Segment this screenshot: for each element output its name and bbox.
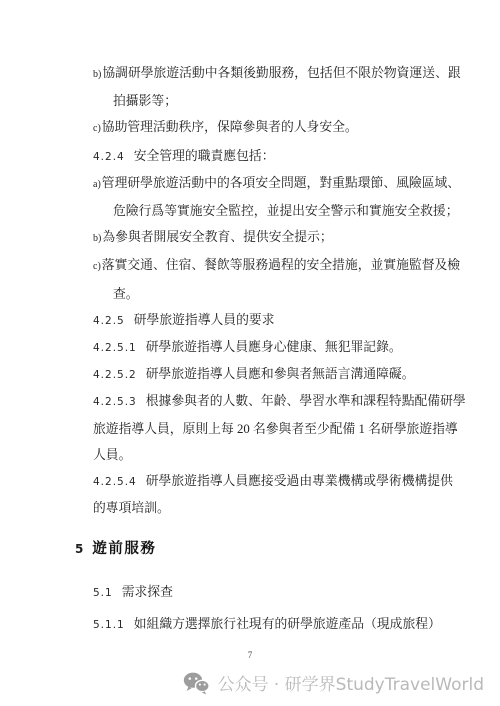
list-item-text: 查。 [0, 281, 500, 307]
clause-line: 4.2.5研學旅遊指導人員的要求 [0, 307, 500, 334]
clause-text: 研學旅遊指導人員應身心健康、無犯罪記錄。 [146, 340, 402, 354]
list-item-text: 落實交通、住宿、餐飲等服務過程的安全措施，並實施監督及檢 [102, 258, 460, 272]
clause-number: 4.2.5.1 [93, 342, 137, 354]
clause: 4.2.5.4研學旅遊指導人員應接受過由專業機構或學術機構提供 的專項培訓。 [0, 468, 500, 521]
clause-number: 4.2.5.4 [93, 476, 137, 488]
clause-text: 旅遊指導人員，原則上每 20 名參與者至少配備 1 名研學旅遊指導 [0, 416, 500, 442]
section-number: 5 [75, 542, 83, 556]
clause-number: 4.2.5.3 [93, 396, 137, 408]
section-title: 遊前服務 [92, 541, 156, 557]
clause-text: 根據參與者的人數、年齡、學習水準和課程特點配備研學 [146, 394, 466, 408]
clause-line: 4.2.5.4研學旅遊指導人員應接受過由專業機構或學術機構提供 [0, 468, 500, 495]
list-item-line: c)協助管理活動秩序，保障參與者的人身安全。 [0, 114, 500, 142]
clause-number: 4.2.5.2 [93, 369, 137, 381]
clause-text: 研學旅遊指導人員應和參與者無語言溝通障礙。 [146, 367, 415, 381]
clause-text: 如組織方選擇旅行社現有的研學旅遊產品（現成旅程） [134, 617, 441, 631]
list-item: c)落實交通、住宿、餐飲等服務過程的安全措施，並實施監督及檢 查。 [0, 252, 500, 306]
list-item-text: 拍攝影等； [0, 88, 500, 114]
list-item-text: 管理研學旅遊活動中的各項安全問題，對重點環節、風險區域、 [102, 176, 460, 190]
list-item-text: 協助管理活動秩序，保障參與者的人身安全。 [102, 120, 358, 134]
clause-line: 5.1.1如組織方選擇旅行社現有的研學旅遊產品（現成旅程） [0, 611, 500, 638]
clause: 4.2.5.2研學旅遊指導人員應和參與者無語言溝通障礙。 [0, 361, 500, 388]
document-body: b)協調研學旅遊活動中各類後勤服務，包括但不限於物資運送、跟 拍攝影等； c)協… [0, 60, 500, 638]
clause: 4.2.5.1研學旅遊指導人員應身心健康、無犯罪記錄。 [0, 334, 500, 361]
list-item-line: b)為參與者開展安全教育、提供安全提示； [0, 224, 500, 252]
clause-line: 5.1需求探查 [0, 579, 500, 606]
clause: 4.2.5研學旅遊指導人員的要求 [0, 307, 500, 334]
section-heading: 5遊前服務 [0, 534, 500, 564]
list-item-label: b) [93, 233, 101, 244]
clause: 4.2.4安全管理的職責應包括： [0, 143, 500, 170]
list-item-text: 協調研學旅遊活動中各類後勤服務，包括但不限於物資運送、跟 [102, 66, 460, 80]
clause-number: 5.1.1 [93, 619, 125, 631]
wechat-watermark: 公众号 · 研学界StudyTravelWorld [183, 669, 484, 696]
clause-text: 安全管理的職責應包括： [134, 149, 275, 163]
watermark-text: 公众号 · 研学界StudyTravelWorld [217, 670, 484, 695]
list-item-text: 為參與者開展安全教育、提供安全提示； [102, 230, 332, 244]
clause-text: 人員。 [0, 442, 500, 468]
clause-line: 4.2.4安全管理的職責應包括： [0, 143, 500, 170]
list-item-line: b)協調研學旅遊活動中各類後勤服務，包括但不限於物資運送、跟 [0, 60, 500, 88]
clause-number: 5.1 [93, 587, 113, 599]
list-item: c)協助管理活動秩序，保障參與者的人身安全。 [0, 114, 500, 142]
list-item-label: c) [93, 261, 101, 272]
list-item: b)為參與者開展安全教育、提供安全提示； [0, 224, 500, 252]
list-item: a)管理研學旅遊活動中的各項安全問題，對重點環節、風險區域、 危險行爲等實施安全… [0, 170, 500, 224]
list-item-line: a)管理研學旅遊活動中的各項安全問題，對重點環節、風險區域、 [0, 170, 500, 198]
clause-line: 4.2.5.3根據參與者的人數、年齡、學習水準和課程特點配備研學 [0, 388, 500, 415]
clause: 4.2.5.3根據參與者的人數、年齡、學習水準和課程特點配備研學 旅遊指導人員，… [0, 388, 500, 468]
clause-line: 4.2.5.1研學旅遊指導人員應身心健康、無犯罪記錄。 [0, 334, 500, 361]
clause-text: 研學旅遊指導人員的要求 [134, 313, 275, 327]
list-item-text: 危險行爲等實施安全監控，並提出安全警示和實施安全救援； [0, 198, 500, 224]
list-item-label: b) [93, 69, 101, 80]
page-number: 7 [0, 650, 500, 660]
clause-text: 的專項培訓。 [0, 495, 500, 521]
clause-text: 需求探查 [122, 585, 173, 599]
list-item: b)協調研學旅遊活動中各類後勤服務，包括但不限於物資運送、跟 拍攝影等； [0, 60, 500, 114]
clause-text: 研學旅遊指導人員應接受過由專業機構或學術機構提供 [146, 474, 453, 488]
clause-number: 4.2.5 [93, 315, 125, 327]
document-page: b)協調研學旅遊活動中各類後勤服務，包括但不限於物資運送、跟 拍攝影等； c)協… [0, 0, 500, 706]
list-item-line: c)落實交通、住宿、餐飲等服務過程的安全措施，並實施監督及檢 [0, 252, 500, 280]
clause-number: 4.2.4 [93, 151, 125, 163]
list-item-label: a) [93, 179, 101, 190]
wechat-icon [183, 671, 210, 695]
clause-line: 4.2.5.2研學旅遊指導人員應和參與者無語言溝通障礙。 [0, 361, 500, 388]
list-item-label: c) [93, 123, 101, 134]
